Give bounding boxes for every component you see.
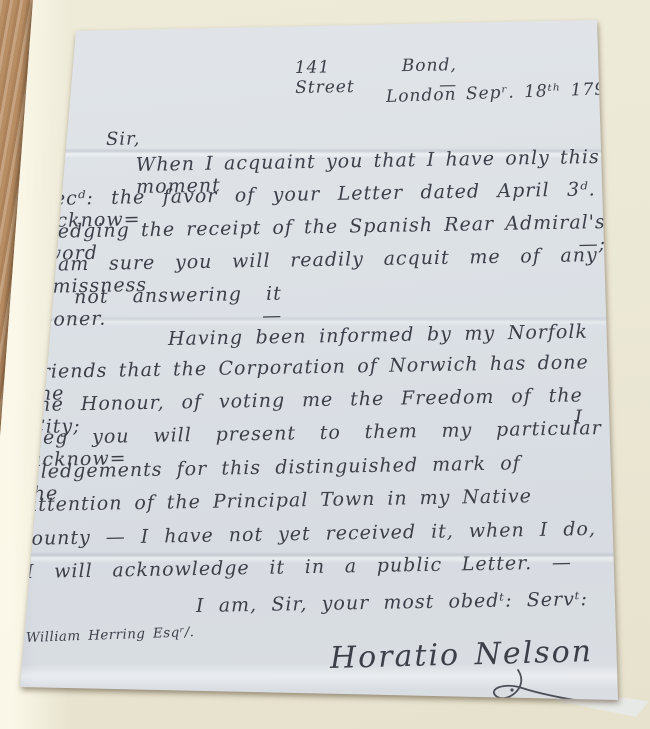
body-line: County — I have not yet received it, whe… (16, 518, 596, 550)
signature-flourish (478, 668, 650, 716)
body-line: I will acknowledge it in a public Letter… (26, 551, 572, 583)
letter-shadow: 141 Bond, Street — London Sepʳ. 18ᵗʰ 179… (0, 0, 650, 729)
addressee-line: William Herring Esqʳ/. (26, 624, 195, 646)
body-line: in not answering it sooner. — (30, 283, 283, 331)
photo-of-letter: 141 Bond, Street — London Sepʳ. 18ᵗʰ 179… (0, 0, 650, 729)
letter-paper: 141 Bond, Street — London Sepʳ. 18ᵗʰ 179… (0, 0, 650, 729)
salutation: Sir, (106, 128, 141, 150)
closing-line: I am, Sir, your most obedᵗ: Servᵗ: (196, 588, 588, 617)
